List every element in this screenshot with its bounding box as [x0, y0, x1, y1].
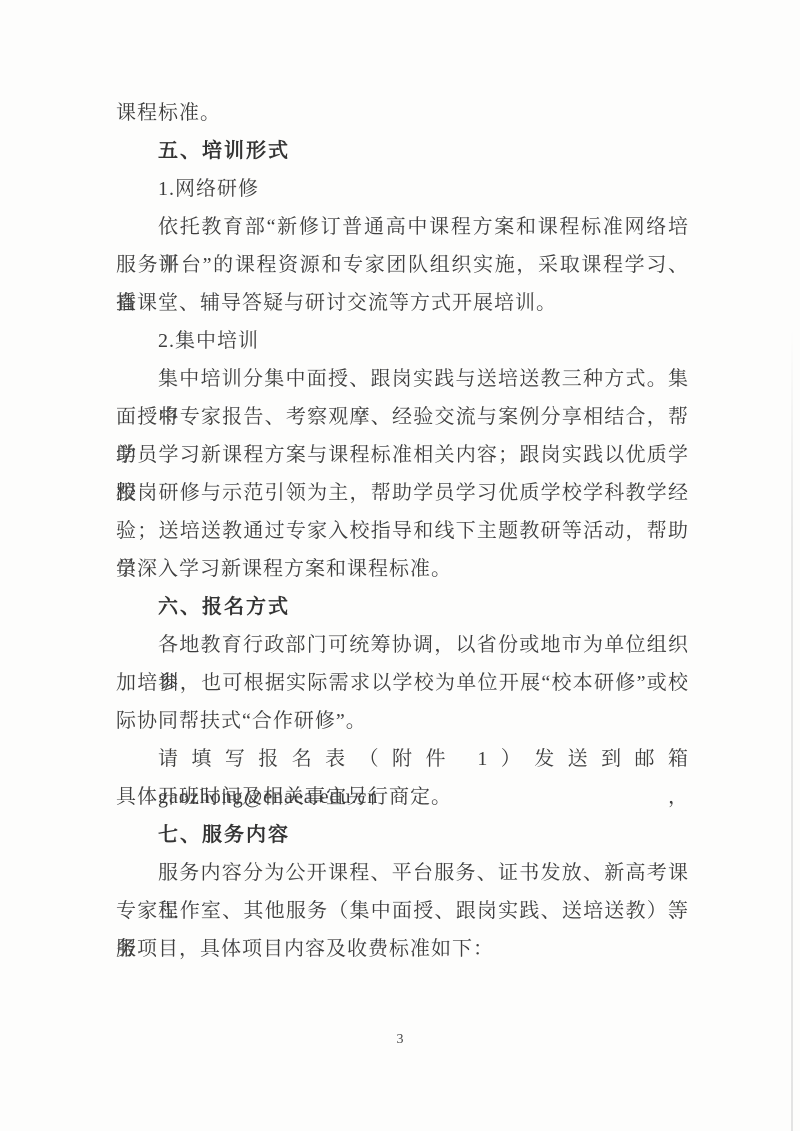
text-line: 服务平台”的课程资源和专家团队组织实施，采取课程学习、直: [116, 246, 689, 284]
text-line: 播课堂、辅导答疑与研讨交流等方式开展培训。: [116, 284, 689, 322]
section-heading: 七、服务内容: [116, 816, 689, 854]
section-heading: 五、培训形式: [116, 132, 689, 170]
text-line: 员深入学习新课程方案和课程标准。: [116, 550, 689, 588]
subsection-label: 1.网络研修: [116, 170, 689, 208]
text-line: 服务内容分为公开课程、平台服务、证书发放、新高考课程、: [116, 854, 689, 892]
text-line: 面授将专家报告、考察观摩、经验交流与案例分享相结合，帮助: [116, 398, 689, 436]
subsection-label: 2.集中培训: [116, 322, 689, 360]
text-line: 课程标准。: [116, 94, 689, 132]
text-line: 际协同帮扶式“合作研修”。: [116, 702, 689, 740]
text-line: 加培训，也可根据实际需求以学校为单位开展“校本研修”或校: [116, 664, 689, 702]
document-page: 课程标准。五、培训形式1.网络研修依托教育部“新修订普通高中课程方案和课程标准网…: [0, 0, 800, 1131]
text-line: 跟岗研修与示范引领为主，帮助学员学习优质学校学科教学经: [116, 474, 689, 512]
text-line: 集中培训分集中面授、跟岗实践与送培送教三种方式。集中: [116, 360, 689, 398]
section-heading: 六、报名方式: [116, 588, 689, 626]
text-line: 专家工作室、其他服务（集中面授、跟岗实践、送培送教）等服: [116, 892, 689, 930]
text-line: 各地教育行政部门可统筹协调，以省份或地市为单位组织参: [116, 626, 689, 664]
scan-edge-artifact: [791, 330, 793, 1131]
document-body: 课程标准。五、培训形式1.网络研修依托教育部“新修订普通高中课程方案和课程标准网…: [116, 94, 689, 968]
text-line: 依托教育部“新修订普通高中课程方案和课程标准网络培训: [116, 208, 689, 246]
text-line: 学员学习新课程方案与课程标准相关内容；跟岗实践以优质学校: [116, 436, 689, 474]
text-line: 务项目，具体项目内容及收费标准如下：: [116, 930, 689, 968]
text-line: 请填写报名表（附件 1）发送到邮箱 gaozhong@enaea.edu.cn，: [116, 740, 689, 778]
page-number: 3: [0, 1030, 800, 1050]
text-line: 验；送培送教通过专家入校指导和线下主题教研等活动，帮助学: [116, 512, 689, 550]
